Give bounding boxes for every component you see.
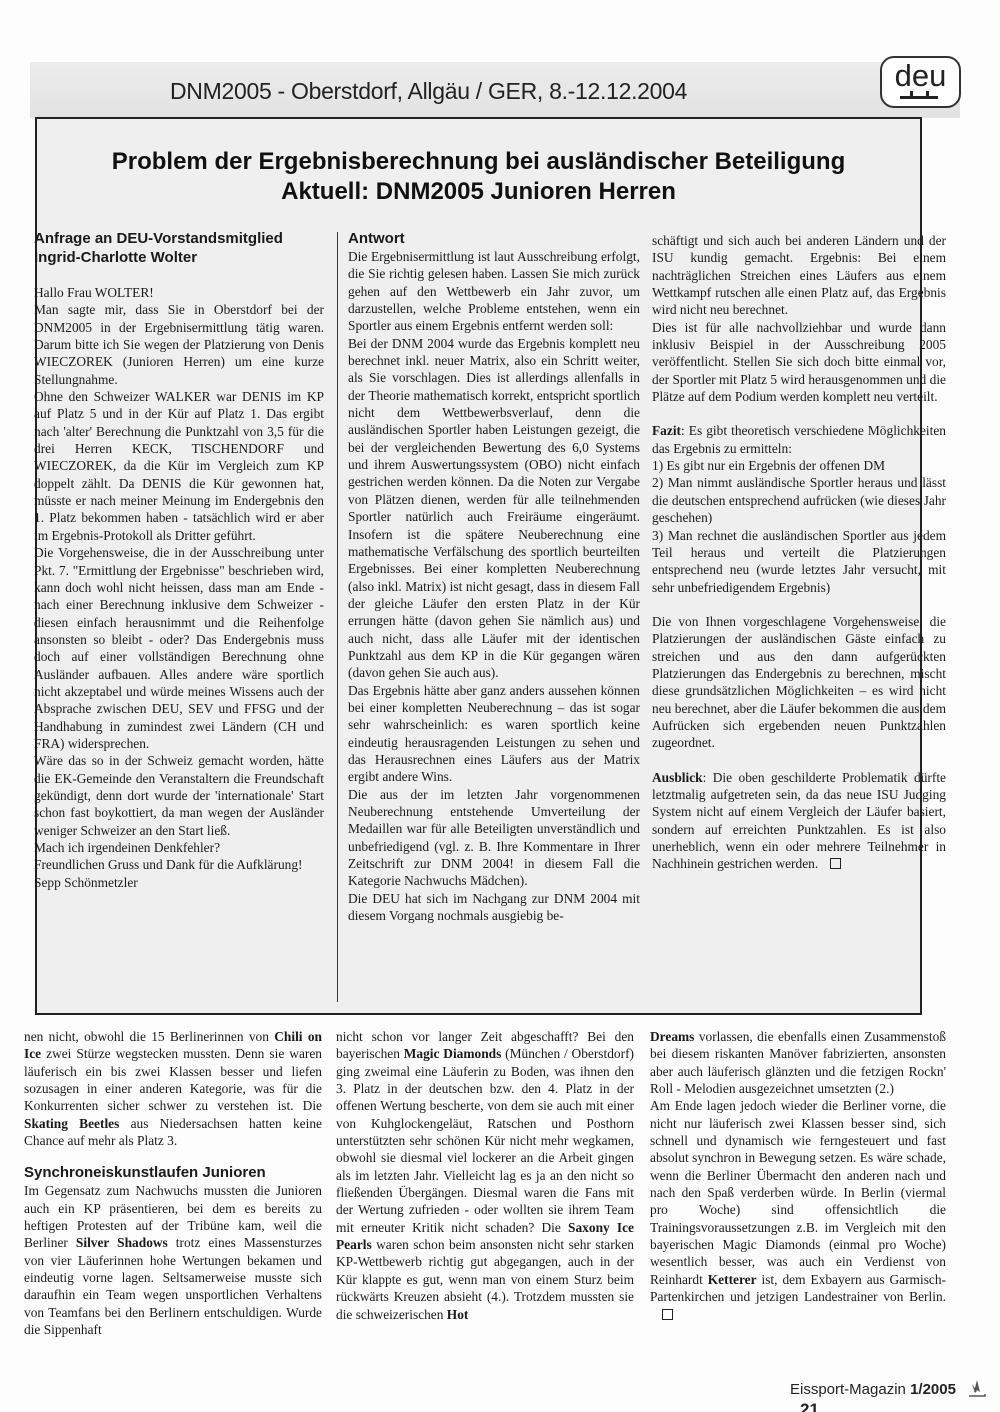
page-footer: Eissport-Magazin 1/2005 21	[790, 1378, 1000, 1412]
article-paragraph: Im Gegensatz zum Nachwuchs mussten die J…	[24, 1182, 322, 1338]
ausblick-paragraph: Ausblick: Die oben geschilderte Problema…	[652, 769, 946, 873]
page-number: 21	[800, 1400, 819, 1412]
box-title-line1: Problem der Ergebnisberechnung bei auslä…	[37, 147, 920, 177]
fazit-label: Fazit	[652, 423, 681, 438]
article-paragraph: Am Ende lagen jedoch wieder die Berliner…	[650, 1097, 946, 1322]
team-name: Silver Shadows	[76, 1235, 168, 1250]
letter-signature: Sepp Schönmetzler	[34, 874, 324, 891]
letter-paragraph: Ohne den Schweizer WALKER war DENIS im K…	[34, 388, 324, 544]
article-paragraph: nicht schon vor langer Zeit abgeschafft?…	[336, 1028, 634, 1323]
fazit-text: : Es gibt theoretisch verschiedene Mögli…	[652, 423, 946, 455]
skate-icon	[900, 96, 938, 99]
letter-heading-line2: Ingrid-Charlotte Wolter	[34, 249, 197, 266]
team-name: Dreams	[650, 1029, 694, 1044]
box-title-line2: Aktuell: DNM2005 Junioren Herren	[37, 177, 920, 207]
team-name: Magic Diamonds	[404, 1046, 502, 1061]
answer-column-continued: schäftigt und sich auch bei anderen Länd…	[652, 232, 946, 873]
letter-heading-line1: Anfrage an DEU-Vorstandsmitglied	[34, 230, 283, 247]
column-divider	[337, 232, 338, 1002]
answer-paragraph: Die DEU hat sich im Nachgang zur DNM 200…	[348, 890, 640, 925]
deu-logo-text: deu	[882, 58, 959, 94]
answer-paragraph: Bei der DNM 2004 wurde das Ergebnis komp…	[348, 335, 640, 682]
letter-paragraph: Freundlichen Gruss und Dank für die Aufk…	[34, 856, 324, 873]
letter-paragraph: Man sagte mir, dass Sie in Oberstdorf be…	[34, 301, 324, 388]
answer-paragraph: Die Ergebnisermittlung ist laut Ausschre…	[348, 248, 640, 335]
option-item: 1) Es gibt nur ein Ergebnis der offenen …	[652, 457, 946, 474]
section-heading: Synchroneiskunstlaufen Junioren	[24, 1163, 322, 1182]
article-paragraph: Dreams vorlassen, die ebenfalls einen Zu…	[650, 1028, 946, 1097]
box-title: Problem der Ergebnisberechnung bei auslä…	[37, 147, 920, 207]
answer-paragraph: Dies ist für alle nachvollziehbar und wu…	[652, 319, 946, 406]
page-header-title: DNM2005 - Oberstdorf, Allgäu / GER, 8.-1…	[170, 78, 687, 105]
option-item: 3) Man rechnet die ausländischen Sportle…	[652, 527, 946, 596]
end-of-article-icon	[830, 858, 841, 869]
issue-number: 1/2005	[910, 1381, 956, 1398]
fazit-paragraph: Fazit: Es gibt theoretisch verschiedene …	[652, 422, 946, 457]
magazine-logo-icon	[966, 1378, 988, 1400]
answer-heading: Antwort	[348, 229, 640, 248]
end-of-article-icon	[662, 1309, 673, 1320]
letter-column: Anfrage an DEU-Vorstandsmitglied Ingrid-…	[34, 229, 324, 891]
deu-logo: deu	[880, 56, 961, 108]
letter-paragraph: Wäre das so in der Schweiz gemacht worde…	[34, 752, 324, 839]
answer-column: Antwort Die Ergebnisermittlung ist laut …	[348, 229, 640, 924]
answer-paragraph: Das Ergebnis hätte aber ganz anders auss…	[348, 682, 640, 786]
answer-paragraph: Die aus der im letzten Jahr vorgenommene…	[348, 786, 640, 890]
answer-paragraph: Die von Ihnen vorgeschlagene Vorgehenswe…	[652, 613, 946, 752]
team-name: Hot	[447, 1307, 469, 1322]
letter-greeting: Hallo Frau WOLTER!	[34, 284, 324, 301]
team-name: Skating Beetles	[24, 1116, 119, 1131]
letter-heading: Anfrage an DEU-Vorstandsmitglied Ingrid-…	[34, 229, 324, 267]
letter-paragraph: Die Vorgehensweise, die in der Ausschrei…	[34, 544, 324, 752]
magazine-name: Eissport-Magazin	[790, 1381, 906, 1398]
article-column-1: nen nicht, obwohl die 15 Berlinerinnen v…	[24, 1028, 322, 1339]
answer-paragraph: schäftigt und sich auch bei anderen Länd…	[652, 232, 946, 319]
letter-paragraph: Mach ich irgendeinen Denkfehler?	[34, 839, 324, 856]
ausblick-label: Ausblick	[652, 770, 703, 785]
article-column-3: Dreams vorlassen, die ebenfalls einen Zu…	[650, 1028, 946, 1323]
article-column-2: nicht schon vor langer Zeit abgeschafft?…	[336, 1028, 634, 1323]
option-item: 2) Man nimmt ausländische Sportler herau…	[652, 474, 946, 526]
person-name: Ketterer	[708, 1272, 757, 1287]
article-paragraph: nen nicht, obwohl die 15 Berlinerinnen v…	[24, 1028, 322, 1149]
